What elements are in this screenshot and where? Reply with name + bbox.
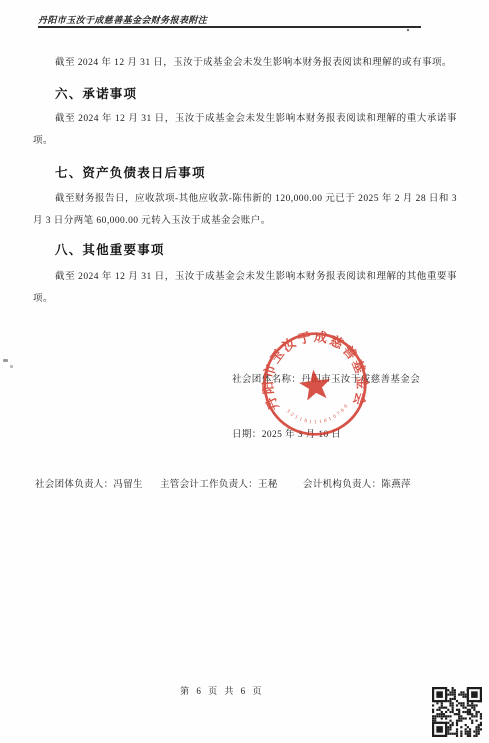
seal-serial-number: 32118111010768 <box>284 401 351 429</box>
section-heading-other-important-matters: 八、其他重要事项 <box>55 240 165 258</box>
chief-accountant-person: 主管会计工作负责人：王秘 <box>160 476 278 490</box>
scan-artifact-dot <box>407 29 409 31</box>
document-header-title: 丹阳市玉汝于成慈善基金会财务报表附注 <box>38 13 207 26</box>
contingency-paragraph: 截至 2024 年 12 月 31 日，玉汝于成基金会未发生影响本财务报表阅读和… <box>33 52 457 74</box>
accounting-dept-label: 会计机构负责人： <box>303 480 381 490</box>
org-responsible-person: 社会团体负责人：冯留生 <box>35 476 143 490</box>
chief-accountant-name: 王秘 <box>258 480 278 490</box>
accounting-dept-person: 会计机构负责人：陈燕萍 <box>303 476 411 490</box>
scan-artifact-speck <box>3 359 8 362</box>
other-important-matters-paragraph: 截至 2024 年 12 月 31 日，玉汝于成基金会未发生影响本财务报表阅读和… <box>33 266 457 310</box>
header-rule <box>38 26 421 28</box>
accounting-dept-name: 陈燕萍 <box>381 480 410 490</box>
qr-code <box>432 685 482 737</box>
page-number-footer: 第 6 页 共 6 页 <box>0 684 444 697</box>
scan-artifact-speck <box>10 365 13 368</box>
post-balance-events-paragraph: 截至财务报告日，应收款项-其他应收款-陈伟新的 120,000.00 元已于 2… <box>33 188 457 232</box>
scanned-document-page: 丹阳市玉汝于成慈善基金会财务报表附注 截至 2024 年 12 月 31 日，玉… <box>0 0 489 743</box>
commitments-paragraph: 截至 2024 年 12 月 31 日，玉汝于成基金会未发生影响本财务报表阅读和… <box>33 108 457 152</box>
section-heading-post-balance-events: 七、资产负债表日后事项 <box>55 163 206 181</box>
organization-name-line: 社会团体名称：丹阳市玉汝于成慈善基金会 <box>232 371 420 385</box>
chief-accountant-label: 主管会计工作负责人： <box>160 480 258 490</box>
org-responsible-name: 冯留生 <box>113 480 142 490</box>
org-responsible-label: 社会团体负责人： <box>35 480 113 490</box>
date-line: 日期：2025 年 3 月 10 日 <box>232 426 341 440</box>
qr-code-canvas <box>432 685 482 737</box>
section-heading-commitments: 六、承诺事项 <box>55 84 137 102</box>
